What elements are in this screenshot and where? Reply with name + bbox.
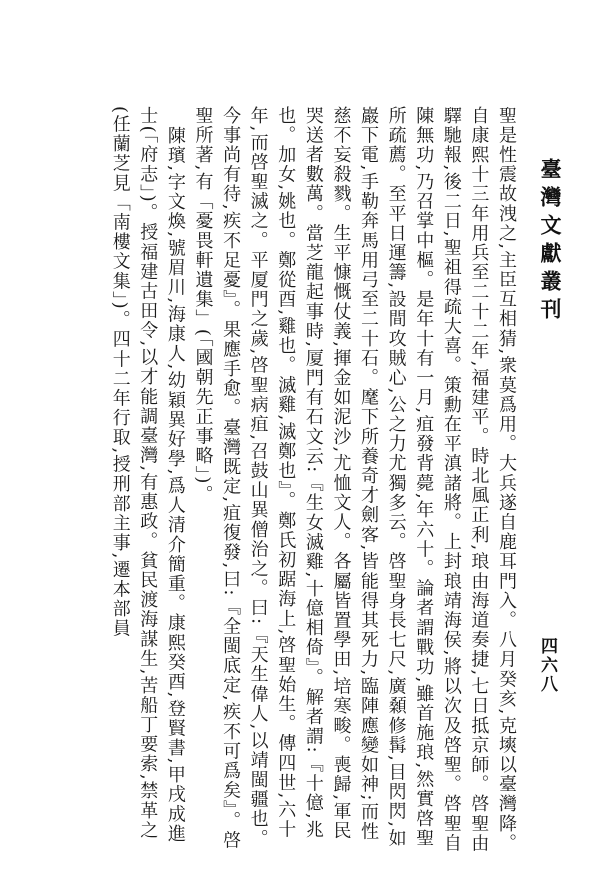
page-number: 四六八 xyxy=(535,637,560,694)
paragraph-yao-qisheng-biography: 聖是性震故洩之,主臣互相猜,衆莫爲用。大兵遂自鹿耳門入。八月癸亥,克塽以臺灣降。… xyxy=(189,106,520,858)
text-block: 聖是性震故洩之,主臣互相猜,衆莫爲用。大兵遂自鹿耳門入。八月癸亥,克塽以臺灣降。… xyxy=(68,106,520,858)
paragraph-chen-bin-biography: 陳璸,字文煥,號眉川,海康人,幼穎異好學,爲人清介簡重。康熙癸酉,登賢書,甲戌成… xyxy=(106,106,189,858)
scanned-book-page: 臺灣文獻叢刊 四六八 聖是性震故洩之,主臣互相猜,衆莫爲用。大兵遂自鹿耳門入。八… xyxy=(0,0,600,881)
series-title: 臺灣文獻叢刊 xyxy=(535,158,565,326)
